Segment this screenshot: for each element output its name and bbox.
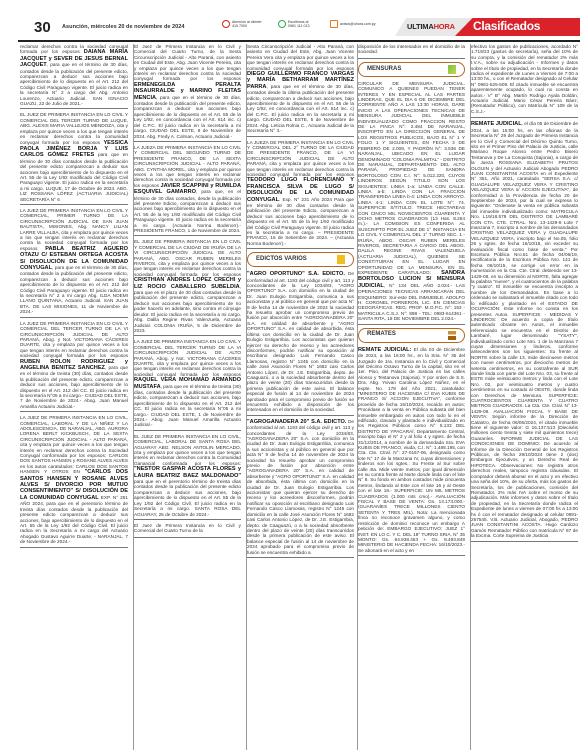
classified-ad: El Juez de Primera Instancia en lo Civil…: [134, 44, 241, 142]
brand-logo: ULTIMAHORA: [407, 22, 455, 31]
classified-ad: reclamar derechos contra la sociedad con…: [20, 44, 128, 109]
classified-ad: EL JUEZ DE PRIMERA INSTANCIA EN LO CIVIL…: [20, 112, 128, 205]
column-2: El Juez de Primera Instancia en lo Civil…: [133, 44, 241, 750]
page-date: Asunción, miércoles 20 de noviembre de 2…: [62, 24, 185, 30]
gavel-icon: [448, 331, 456, 340]
classified-ad: LA JUEZ DE PRIMERA INSTANCIA EN LO CIVIL…: [20, 415, 128, 547]
mail-icon: [330, 20, 338, 28]
phone-icon: [222, 20, 230, 28]
page-header: 30 Asunción, miércoles 20 de noviembre d…: [0, 0, 580, 40]
classified-ad: EL JUEZ DE PRIMERA INSTANCIA EN LO CIVIL…: [134, 239, 241, 336]
column-5: efectivo los gastos de publicaciones, ac…: [470, 44, 578, 750]
classified-ad: LA JUEZ DE PRIMERA INSTANCIA EN LO CIVIL…: [20, 208, 128, 318]
classified-ad: Sexta Circunscripción Judicial - Alto Pa…: [247, 44, 354, 137]
classified-ad: REMATE JUDICIAL, el día 05 de Diciembre …: [471, 121, 578, 541]
whatsapp-icon: [278, 20, 286, 28]
classified-ad: efectivo los gastos de publicaciones, ac…: [471, 44, 578, 118]
section-header-mensuras: MENSURAS: [358, 62, 465, 77]
classified-ad: CIRCULAR DE MENSURA JUDICIAL. COMUNICO A…: [358, 81, 465, 325]
classified-ad: disposición de los interesados en el dom…: [358, 44, 465, 59]
classified-ad: "AGRO OPORTUNO" S.A. EDICTO. De conformi…: [247, 271, 354, 416]
classified-ad: LA JUEZA DE PRIMERA INSTANCIA EN LO CIVI…: [134, 145, 241, 237]
classified-ad: LA JUEZ DE PRIMERA INSTANCIA EN LO CIVIL…: [134, 339, 241, 431]
column-1: reclamar derechos contra la sociedad con…: [20, 44, 128, 750]
header-rule: [18, 40, 580, 42]
page-number: 30: [34, 19, 51, 36]
contact-email: avisos@uhora.com.py: [330, 20, 376, 28]
classified-ad: LA JUEZA DE PRIMERA INSTANCIA EN LO CIVI…: [247, 140, 354, 250]
classified-ad: LA JUEZ DE PRIMERA INSTANCIA EN LO CIVIL…: [20, 321, 128, 413]
map-icon: [448, 65, 456, 74]
classified-ad: "AGROGANADERA 20" S.A. EDICTO. De confor…: [247, 419, 354, 558]
classified-ad: REMATE JUDICIAL: El día 03 de Diciembre …: [358, 347, 465, 556]
classified-ad: EL JUEZ DE PRIMERA INSTANCIA EN LO CIVIL…: [134, 434, 241, 520]
column-4: disposición de los interesados en el dom…: [357, 44, 465, 750]
contact-whatsapp: Escribinos al0981 111 013: [278, 20, 309, 29]
contact-phone: Atención al cliente:415 7000: [222, 20, 262, 29]
section-header-remates: REMATES: [358, 328, 465, 343]
classified-ad: El Juez de Primera Instancia en lo Civil…: [134, 523, 241, 538]
column-3: Sexta Circunscripción Judicial - Alto Pa…: [246, 44, 354, 750]
section-header-edictos-varios: EDICTOS VARIOS: [247, 252, 354, 267]
document-icon: [337, 255, 345, 264]
section-title: Clasificados: [473, 19, 540, 33]
